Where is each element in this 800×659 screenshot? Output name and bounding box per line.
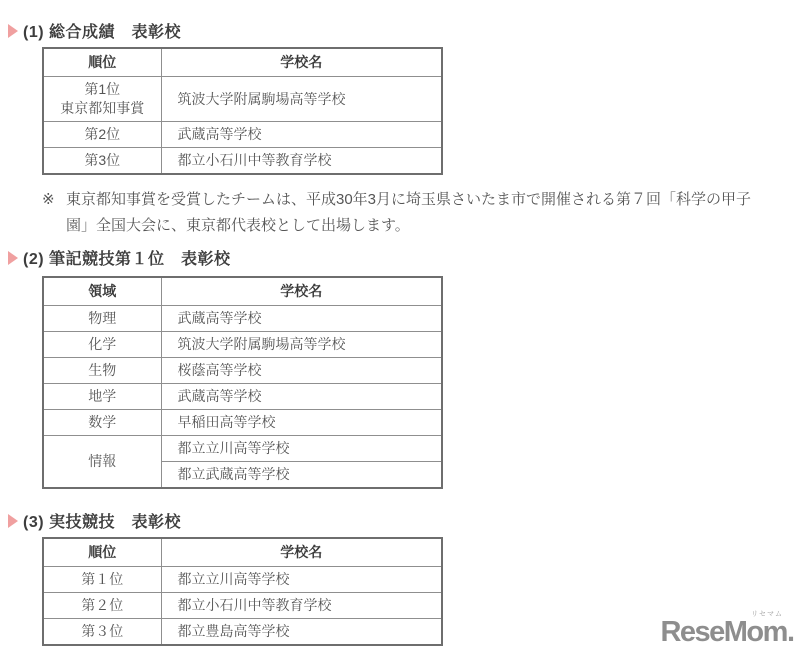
school-column-header: 学校名 <box>161 277 442 306</box>
table-row: 数学 早稲田高等学校 <box>43 410 442 436</box>
rank-column-header: 順位 <box>43 48 161 77</box>
article-page: (1) 総合成績 表彰校 順位 学校名 第1位 東京都知事賞 筑波大学附属駒場高… <box>0 0 800 659</box>
field-cell: 地学 <box>43 384 161 410</box>
triangle-bullet-icon <box>8 24 18 38</box>
field-cell: 数学 <box>43 410 161 436</box>
triangle-bullet-icon <box>8 251 18 265</box>
school-cell: 都立武蔵高等学校 <box>161 462 442 489</box>
field-cell: 物理 <box>43 306 161 332</box>
table-row: 第1位 東京都知事賞 筑波大学附属駒場高等学校 <box>43 77 442 122</box>
table-row: 第１位 都立立川高等学校 <box>43 567 442 593</box>
logo-text: ReseMom <box>660 616 787 648</box>
table-row: 第2位 武蔵高等学校 <box>43 122 442 148</box>
section-title: (2) 筆記競技第１位 表彰校 <box>23 246 231 269</box>
table-header-row: 領域 学校名 <box>43 277 442 306</box>
school-column-header: 学校名 <box>161 48 442 77</box>
practical-competition-table: 順位 学校名 第１位 都立立川高等学校 第２位 都立小石川中等教育学校 第３位 … <box>42 537 443 646</box>
rank-cell: 第1位 東京都知事賞 <box>43 77 161 122</box>
field-cell: 化学 <box>43 332 161 358</box>
note: ※ 東京都知事賞を受賞したチームは、平成30年3月に埼玉県さいたま市で開催される… <box>42 187 758 239</box>
section-heading-practical: (3) 実技競技 表彰校 <box>8 509 181 532</box>
rank-cell: 第１位 <box>43 567 161 593</box>
table-row: 第２位 都立小石川中等教育学校 <box>43 593 442 619</box>
overall-results-table: 順位 学校名 第1位 東京都知事賞 筑波大学附属駒場高等学校 第2位 武蔵高等学… <box>42 47 443 175</box>
written-competition-table: 領域 学校名 物理 武蔵高等学校 化学 筑波大学附属駒場高等学校 生物 桜蔭高等… <box>42 276 443 489</box>
rank-cell: 第３位 <box>43 619 161 646</box>
field-cell: 情報 <box>43 436 161 489</box>
table-header-row: 順位 学校名 <box>43 538 442 567</box>
logo-period: . <box>787 616 795 648</box>
school-cell: 武蔵高等学校 <box>161 122 442 148</box>
table-row: 第3位 都立小石川中等教育学校 <box>43 148 442 175</box>
rank-column-header: 順位 <box>43 538 161 567</box>
logo-ruby-text: リセマム <box>751 609 783 619</box>
rank-cell: 第2位 <box>43 122 161 148</box>
school-cell: 都立小石川中等教育学校 <box>161 593 442 619</box>
school-cell: 都立豊島高等学校 <box>161 619 442 646</box>
school-cell: 武蔵高等学校 <box>161 384 442 410</box>
table-row: 第３位 都立豊島高等学校 <box>43 619 442 646</box>
school-cell: 都立立川高等学校 <box>161 567 442 593</box>
rank-cell: 第3位 <box>43 148 161 175</box>
school-cell: 早稲田高等学校 <box>161 410 442 436</box>
school-cell: 武蔵高等学校 <box>161 306 442 332</box>
note-text: 東京都知事賞を受賞したチームは、平成30年3月に埼玉県さいたま市で開催される第７… <box>66 187 758 239</box>
school-cell: 都立立川高等学校 <box>161 436 442 462</box>
school-cell: 桜蔭高等学校 <box>161 358 442 384</box>
triangle-bullet-icon <box>8 514 18 528</box>
school-cell: 筑波大学附属駒場高等学校 <box>161 77 442 122</box>
field-column-header: 領域 <box>43 277 161 306</box>
table-row: 情報 都立立川高等学校 <box>43 436 442 462</box>
school-cell: 都立小石川中等教育学校 <box>161 148 442 175</box>
table-row: 地学 武蔵高等学校 <box>43 384 442 410</box>
section-heading-overall: (1) 総合成績 表彰校 <box>8 19 181 42</box>
section-heading-written: (2) 筆記競技第１位 表彰校 <box>8 246 231 269</box>
note-marker: ※ <box>42 187 66 239</box>
school-column-header: 学校名 <box>161 538 442 567</box>
rank-cell: 第２位 <box>43 593 161 619</box>
table-row: 化学 筑波大学附属駒場高等学校 <box>43 332 442 358</box>
field-cell: 生物 <box>43 358 161 384</box>
section-title: (1) 総合成績 表彰校 <box>23 19 181 42</box>
table-row: 生物 桜蔭高等学校 <box>43 358 442 384</box>
table-row: 物理 武蔵高等学校 <box>43 306 442 332</box>
table-header-row: 順位 学校名 <box>43 48 442 77</box>
school-cell: 筑波大学附属駒場高等学校 <box>161 332 442 358</box>
resemom-logo: リセマム ReseMom. <box>660 607 795 649</box>
section-title: (3) 実技競技 表彰校 <box>23 509 181 532</box>
